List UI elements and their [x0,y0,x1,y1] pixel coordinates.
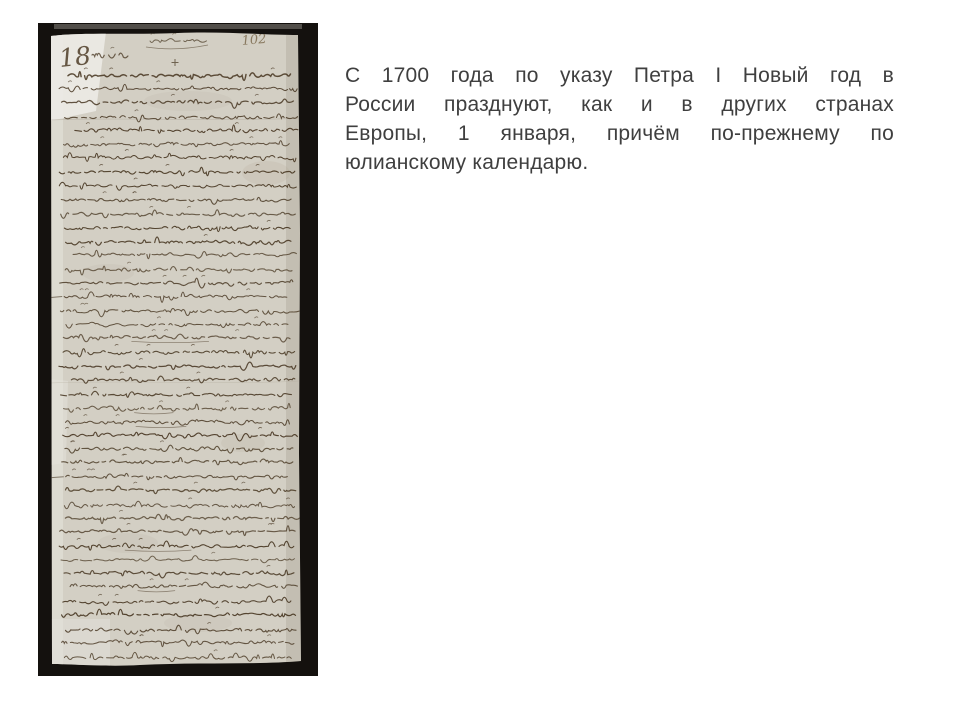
manuscript-photo: 10218 [38,23,318,676]
text-line-1: С 1700 года по указу Петра I Новый год в [345,61,894,90]
slide-text-block: С 1700 года по указу Петра I Новый год в… [345,61,894,177]
slide: 10218 С 1700 года по указу Петра I Новый… [0,0,960,720]
text-line-2: России празднуют, как и в других странах [345,90,894,119]
text-line-4: юлианскому календарю. [345,148,894,177]
paper [51,32,301,665]
manuscript-image: 10218 [38,23,318,676]
text-line-3: Европы, 1 января, причём по-прежнему по [345,119,894,148]
page-number-text: 102 [241,32,267,49]
